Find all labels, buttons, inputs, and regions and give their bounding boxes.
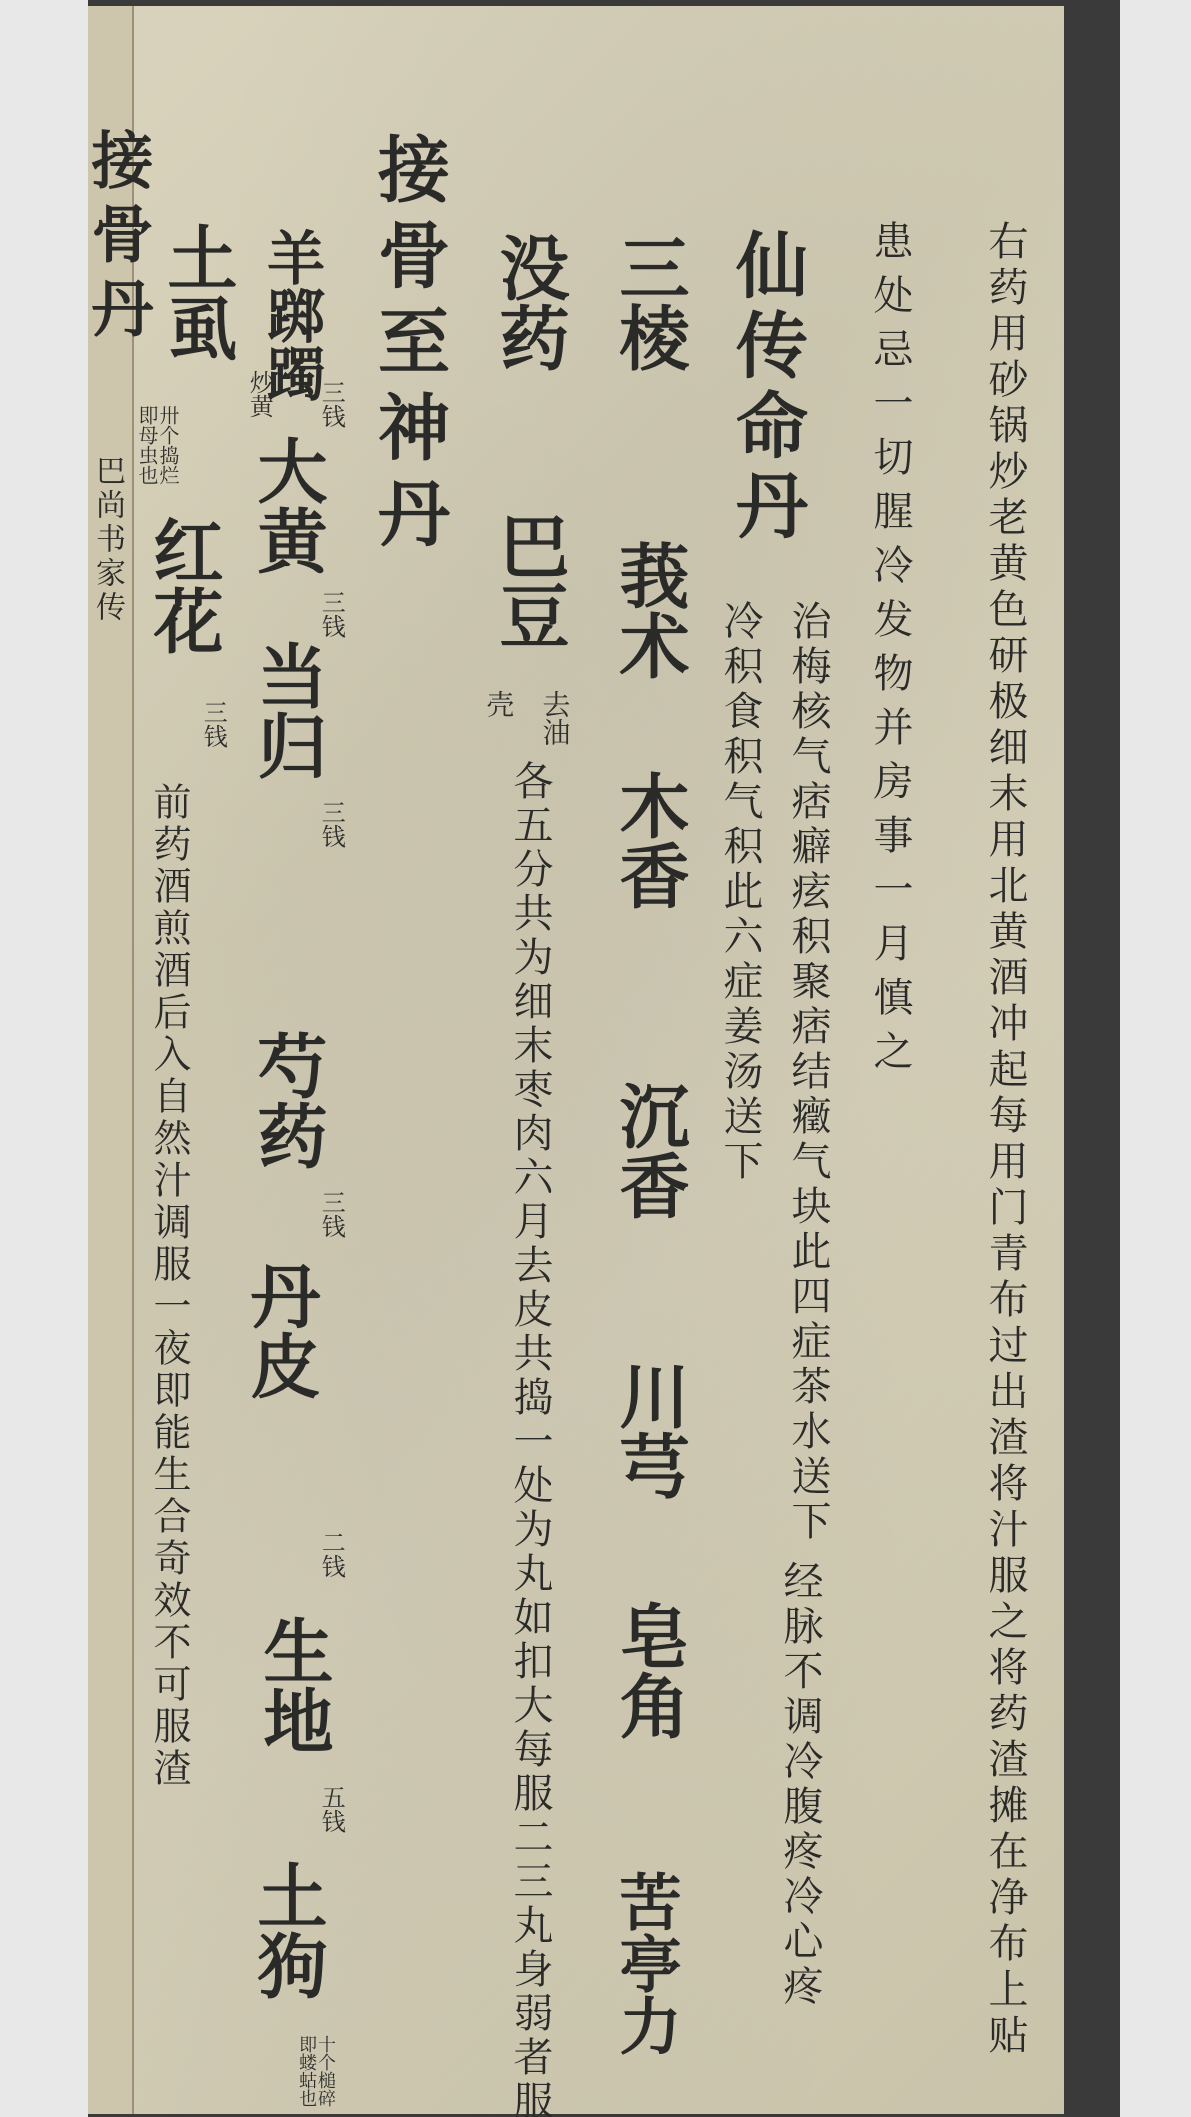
indication-note-left: 冷积食积气积此六症姜汤送下 xyxy=(720,600,760,1185)
ingredient-dahuang: 大黄 xyxy=(252,435,322,575)
indication-note-right-continued: 经脉不调冷腹疼冷心疼 xyxy=(780,1560,820,2010)
dose-3-qian: 三钱 xyxy=(318,1190,343,1238)
indication-note-right: 治梅核气痞癖痃积聚痞结癥气块此四症茶水送下 xyxy=(788,600,828,1545)
dose-3-qian: 三钱 xyxy=(200,700,225,748)
jiegu-instructions: 前药酒煎酒后入自然汁调服一夜即能生合奇效不可服渣 xyxy=(150,782,188,1790)
ingredient-shaoyao: 芍药 xyxy=(252,1030,322,1170)
prescription-title-xianchuan-mingdan: 仙传命丹 xyxy=(730,228,802,548)
ingredient-sanleng: 三棱 xyxy=(614,232,684,372)
ingredient-badou: 巴豆 xyxy=(494,510,564,650)
ingredient-tugou: 土狗 xyxy=(252,1860,322,2000)
ingredient-shengdi: 生地 xyxy=(258,1615,328,1755)
ingredient-chuanxiong: 川芎 xyxy=(614,1360,684,1500)
text-column-2: 患处忌一切腥冷发物并房事一月慎之 xyxy=(870,220,910,1084)
dose-5-qian: 五钱 xyxy=(318,1785,343,1833)
ingredient-chenxiang: 沉香 xyxy=(614,1080,684,1220)
dose-3-qian: 三钱 xyxy=(318,800,343,848)
ingredient-ezhu: 莪术 xyxy=(614,540,684,680)
ingredient-tinglizi: 苦亭力 xyxy=(614,1870,676,2056)
prescription-instructions: 各五分共为细末枣肉六月去皮共捣一处为丸如扣大每服二三丸身弱者服 xyxy=(510,760,550,2117)
prescription-title-jiegu-zhishen-dan: 接骨至神丹 xyxy=(372,132,444,562)
tugou-note: 十个槌碎即蝼蛄也 xyxy=(234,2035,334,2111)
dose-3-qian: 三钱 xyxy=(318,590,343,638)
ingredient-muxiang: 木香 xyxy=(614,770,684,910)
ingredient-danpi: 丹皮 xyxy=(245,1260,315,1400)
ingredient-tushi: 土虱 xyxy=(162,222,232,362)
text-column-1: 右药用砂锅炒老黄色研极细末用北黄酒冲起每用门青布过出渣将汁服之将药渣摊在净布上贴 xyxy=(985,220,1025,2060)
ingredient-zaojiao: 皂角 xyxy=(614,1600,684,1740)
ingredient-honghua: 红花 xyxy=(148,515,218,655)
jiegu-dan-source-note: 巴尚书家传 xyxy=(92,455,122,625)
prescription-title-jiegu-dan: 接骨丹 xyxy=(86,128,148,350)
badou-note-remove-oil: 去油 xyxy=(540,690,569,746)
dose-3-qian: 三钱 xyxy=(318,380,343,428)
badou-note-shell: 壳 xyxy=(484,690,513,718)
ingredient-moyao: 没药 xyxy=(494,232,564,372)
ingredient-danggui: 当归 xyxy=(252,640,322,780)
tushi-note: 卅个捣烂即母虫也 xyxy=(136,405,178,495)
dose-note-fried-yellow: 炒黄 xyxy=(246,370,271,418)
dose-2-qian: 二钱 xyxy=(318,1530,343,1578)
